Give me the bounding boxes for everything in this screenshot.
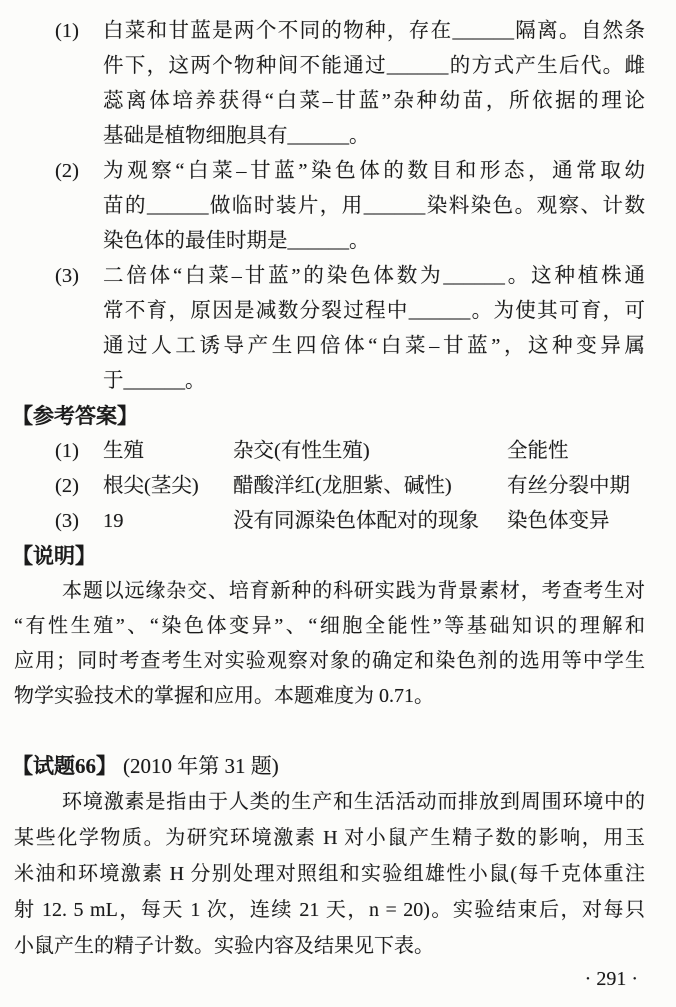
question-line: 为观察“白菜–甘蓝”染色体的数目和形态，通常取幼 bbox=[103, 154, 645, 189]
notes-line: “有性生殖”、“染色体变异”、“细胞全能性”等基础知识的理解和 bbox=[14, 609, 645, 644]
answer-column-2: 醋酸洋红(龙胆紫、碱性) bbox=[233, 469, 452, 504]
answer-column-3: 全能性 bbox=[507, 434, 569, 469]
question-line: 于______。 bbox=[103, 364, 645, 399]
answer-column-1: 生殖 bbox=[103, 434, 144, 469]
question-item-1: (1) 白菜和甘蓝是两个不同的物种，存在______隔离。自然条 件下，这两个物… bbox=[103, 14, 645, 154]
question-text: 二倍体“白菜–甘蓝”的染色体数为______。这种植株通 常不育，原因是减数分裂… bbox=[103, 259, 645, 399]
question-text: 为观察“白菜–甘蓝”染色体的数目和形态，通常取幼 苗的______做临时装片，用… bbox=[103, 154, 645, 259]
answer-number: (2) bbox=[55, 469, 79, 504]
answer-number: (1) bbox=[55, 434, 79, 469]
answer-column-3: 有丝分裂中期 bbox=[507, 469, 630, 504]
answer-column-1: 19 bbox=[103, 504, 124, 539]
question-66-line: 米油和环境激素 H 分别处理对照组和实验组雄性小鼠(每千克体重注 bbox=[14, 856, 645, 892]
answer-column-2: 杂交(有性生殖) bbox=[233, 434, 370, 469]
notes-heading: 【说明】 bbox=[12, 539, 676, 574]
answer-row-2: (2) 根尖(茎尖) 醋酸洋红(龙胆紫、碱性) 有丝分裂中期 bbox=[0, 469, 676, 504]
question-66-line: 小鼠产生的精子计数。实验内容及结果见下表。 bbox=[14, 928, 645, 964]
reference-answers-heading: 【参考答案】 bbox=[12, 399, 676, 434]
answer-row-1: (1) 生殖 杂交(有性生殖) 全能性 bbox=[0, 434, 676, 469]
question-line: 件下，这两个物种间不能通过______的方式产生后代。雌 bbox=[103, 49, 645, 84]
question-line: 染色体的最佳时期是______。 bbox=[103, 224, 645, 259]
question-text: 白菜和甘蓝是两个不同的物种，存在______隔离。自然条 件下，这两个物种间不能… bbox=[103, 14, 645, 154]
question-number: (1) bbox=[55, 14, 79, 49]
notes-line: 应用；同时考查考生对实验观察对象的确定和染色剂的选用等中学生 bbox=[14, 644, 645, 679]
answer-column-3: 染色体变异 bbox=[507, 504, 610, 539]
question-line: 白菜和甘蓝是两个不同的物种，存在______隔离。自然条 bbox=[103, 14, 645, 49]
question-66-heading: 【试题66】(2010 年第 31 题) bbox=[12, 749, 676, 784]
answer-column-2: 没有同源染色体配对的现象 bbox=[233, 504, 479, 539]
question-line: 通过人工诱导产生四倍体“白菜–甘蓝”，这种变异属 bbox=[103, 329, 645, 364]
question-66-line: 某些化学物质。为研究环境激素 H 对小鼠产生精子数的影响，用玉 bbox=[14, 820, 645, 856]
question-66-intro: 环境激素是指由于人类的生产和生活活动而排放到周围环境中的 某些化学物质。为研究环… bbox=[14, 784, 645, 964]
question-66-label: 【试题66】 bbox=[12, 754, 117, 778]
question-item-2: (2) 为观察“白菜–甘蓝”染色体的数目和形态，通常取幼 苗的______做临时… bbox=[103, 154, 645, 259]
answer-column-1: 根尖(茎尖) bbox=[103, 469, 199, 504]
question-number: (3) bbox=[55, 259, 79, 294]
notes-line: 物学实验技术的掌握和应用。本题难度为 0.71。 bbox=[14, 679, 645, 714]
question-66-line: 射 12. 5 mL，每天 1 次，连续 21 天，n = 20)。实验结束后，… bbox=[14, 892, 645, 928]
question-number: (2) bbox=[55, 154, 79, 189]
question-66-line: 环境激素是指由于人类的生产和生活活动而排放到周围环境中的 bbox=[14, 784, 645, 820]
question-line: 蕊离体培养获得“白菜–甘蓝”杂种幼苗，所依据的理论 bbox=[103, 84, 645, 119]
answer-number: (3) bbox=[55, 504, 79, 539]
answer-row-3: (3) 19 没有同源染色体配对的现象 染色体变异 bbox=[0, 504, 676, 539]
notes-paragraph: 本题以远缘杂交、培育新种的科研实践为背景素材，考查考生对 “有性生殖”、“染色体… bbox=[14, 574, 645, 714]
notes-line: 本题以远缘杂交、培育新种的科研实践为背景素材，考查考生对 bbox=[14, 574, 645, 609]
question-line: 苗的______做临时装片，用______染料染色。观察、计数 bbox=[103, 189, 645, 224]
question-line: 常不育，原因是减数分裂过程中______。为使其可育，可 bbox=[103, 294, 645, 329]
question-list: (1) 白菜和甘蓝是两个不同的物种，存在______隔离。自然条 件下，这两个物… bbox=[0, 14, 676, 399]
question-item-3: (3) 二倍体“白菜–甘蓝”的染色体数为______。这种植株通 常不育，原因是… bbox=[103, 259, 645, 399]
question-66-source: (2010 年第 31 题) bbox=[123, 754, 279, 778]
question-line: 基础是植物细胞具有______。 bbox=[103, 119, 645, 154]
page-number: · 291 · bbox=[585, 967, 638, 991]
reference-answers: (1) 生殖 杂交(有性生殖) 全能性 (2) 根尖(茎尖) 醋酸洋红(龙胆紫、… bbox=[0, 434, 676, 539]
question-line: 二倍体“白菜–甘蓝”的染色体数为______。这种植株通 bbox=[103, 259, 645, 294]
scanned-document-page: (1) 白菜和甘蓝是两个不同的物种，存在______隔离。自然条 件下，这两个物… bbox=[0, 0, 676, 1007]
